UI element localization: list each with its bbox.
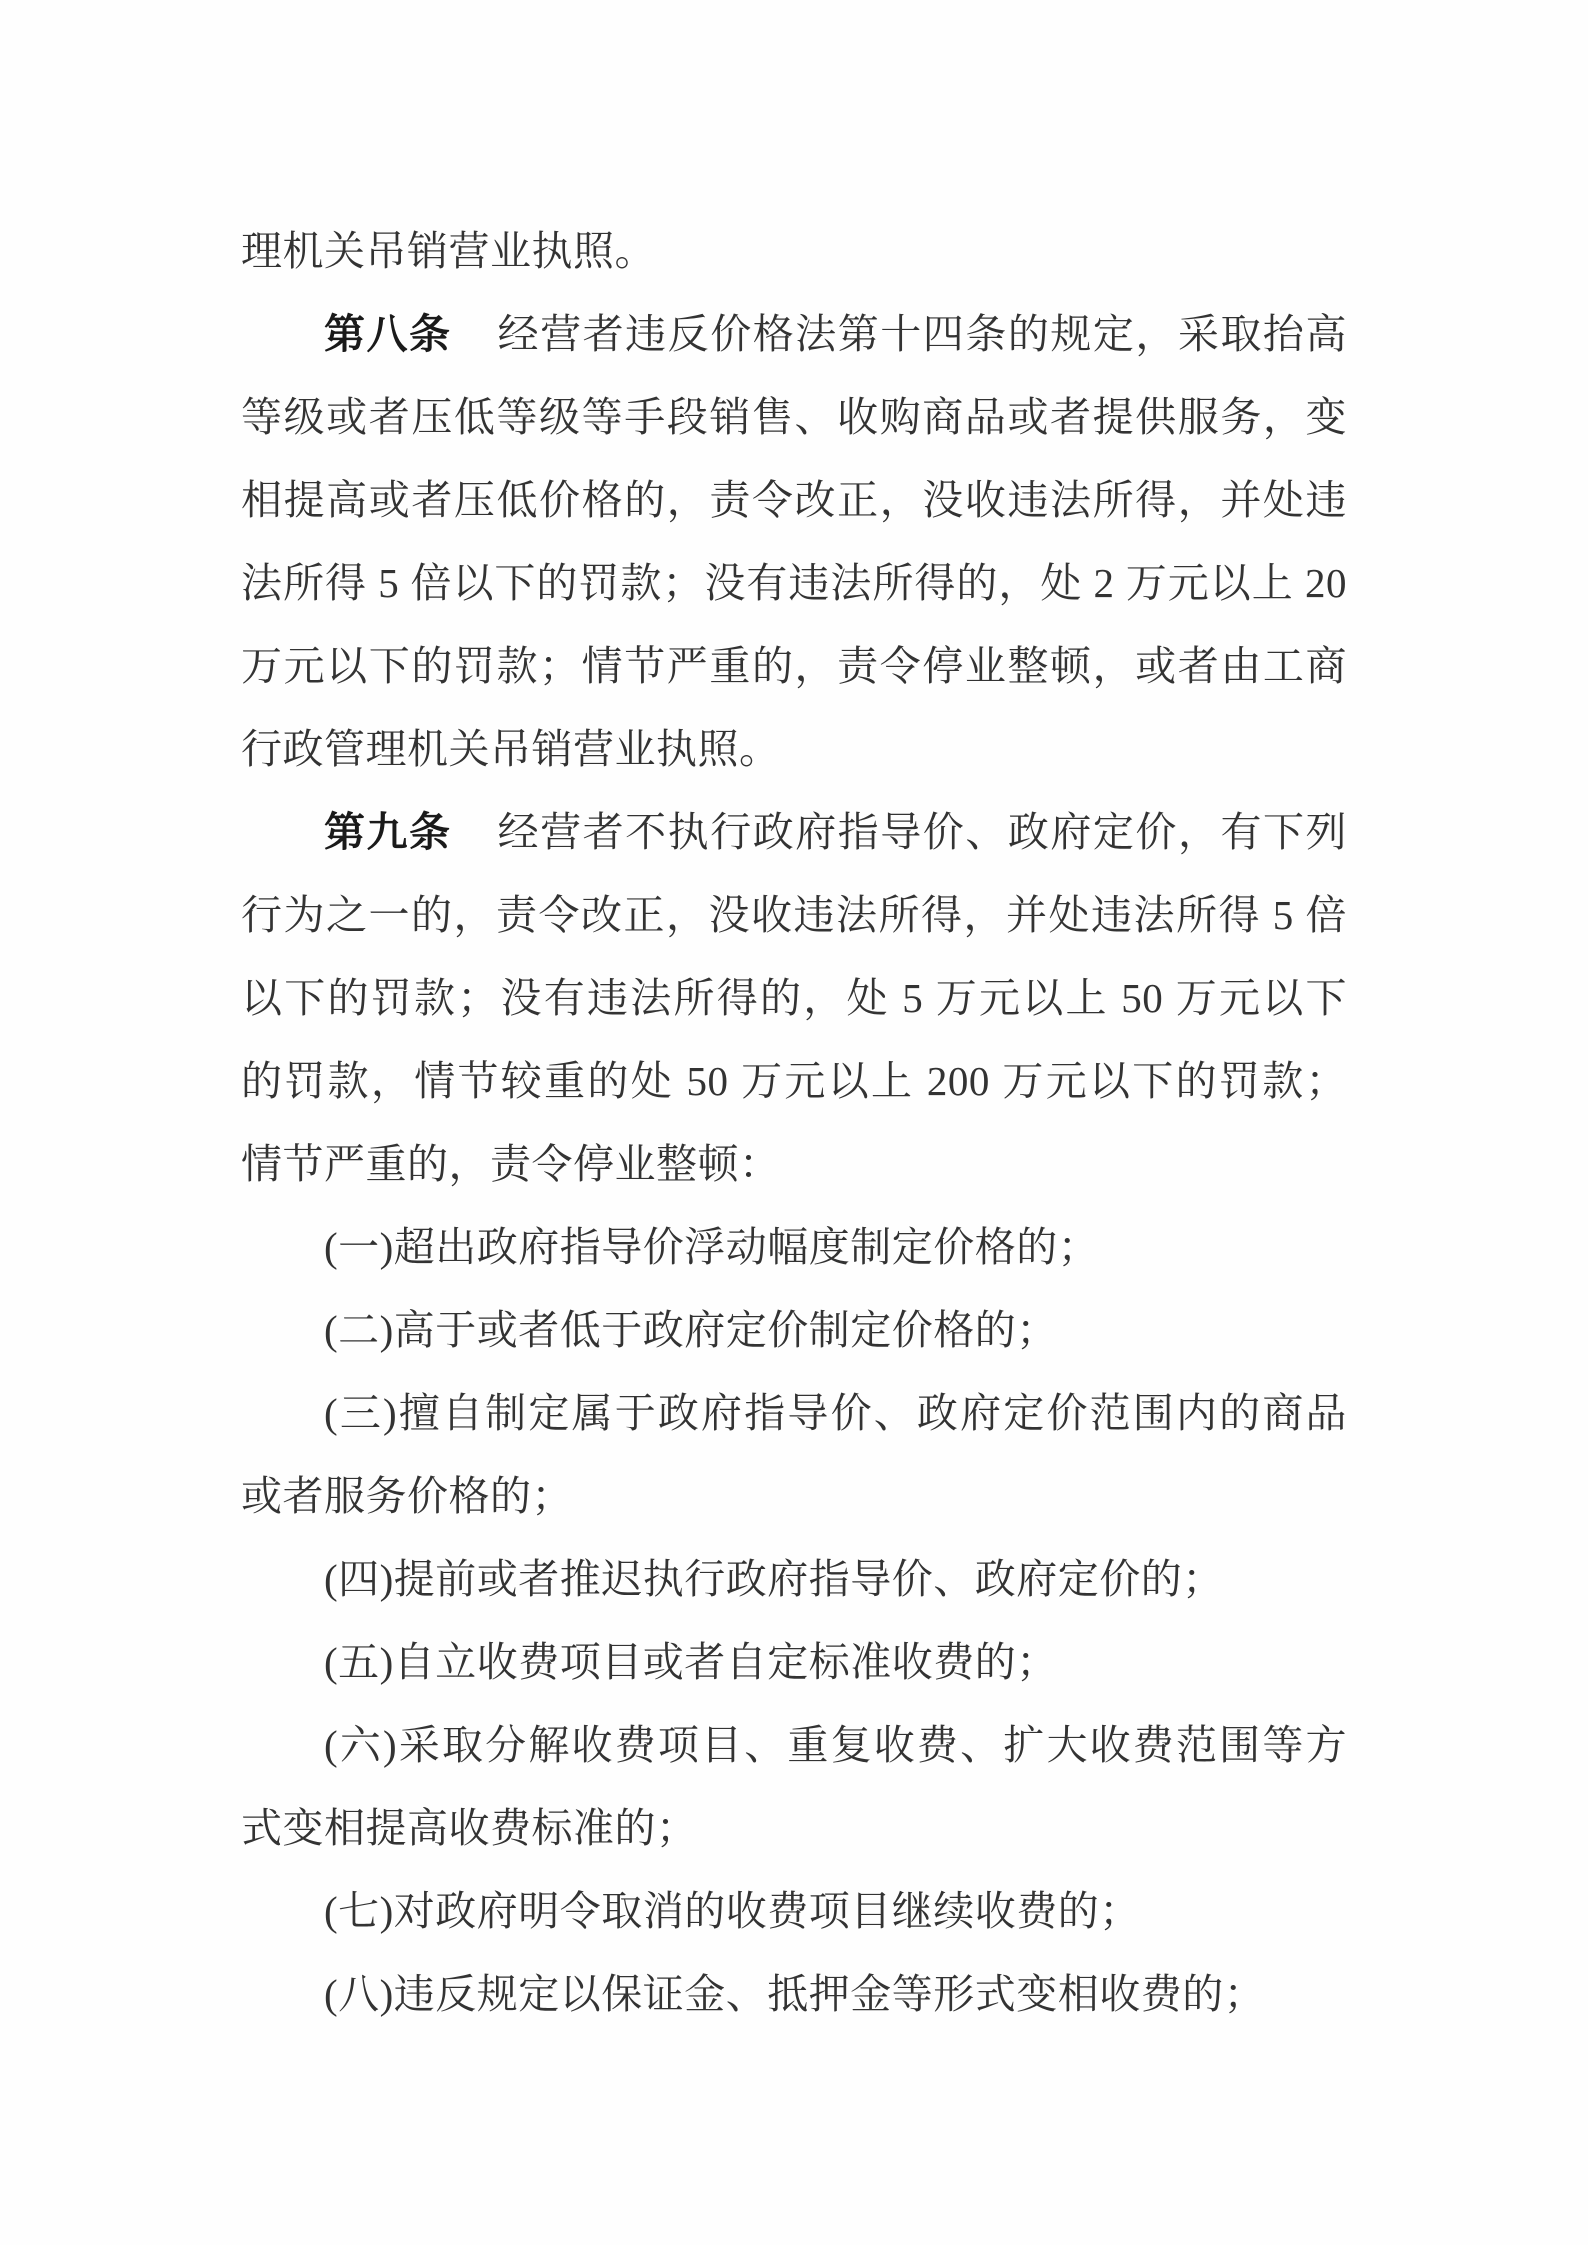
article-number: 第九条	[324, 809, 452, 855]
text-line: (六)采取分解收费项目、重复收费、扩大收费范围等方	[241, 1704, 1347, 1787]
text-line: 第九条经营者不执行政府指导价、政府定价，有下列	[241, 791, 1347, 874]
text-line: (七)对政府明令取消的收费项目继续收费的；	[241, 1870, 1347, 1953]
document-page: 理机关吊销营业执照。 第八条经营者违反价格法第十四条的规定，采取抬高 等级或者压…	[0, 0, 1588, 2245]
text-line: 情节严重的，责令停业整顿：	[241, 1123, 1347, 1206]
text-line: 行为之一的，责令改正，没收违法所得，并处违法所得 5 倍	[241, 874, 1347, 957]
article-number: 第八条	[324, 311, 452, 357]
text-line: 理机关吊销营业执照。	[241, 210, 1347, 293]
text-line: (二)高于或者低于政府定价制定价格的；	[241, 1289, 1347, 1372]
text-line: 的罚款，情节较重的处 50 万元以上 200 万元以下的罚款；	[241, 1040, 1347, 1123]
text-line: (八)违反规定以保证金、抵押金等形式变相收费的；	[241, 1953, 1347, 2036]
text-line: 以下的罚款；没有违法所得的，处 5 万元以上 50 万元以下	[241, 957, 1347, 1040]
text-line: (一)超出政府指导价浮动幅度制定价格的；	[241, 1206, 1347, 1289]
text-line: 万元以下的罚款；情节严重的，责令停业整顿，或者由工商	[241, 625, 1347, 708]
text-line: (五)自立收费项目或者自定标准收费的；	[241, 1621, 1347, 1704]
text-line: 或者服务价格的；	[241, 1455, 1347, 1538]
text-line: (三)擅自制定属于政府指导价、政府定价范围内的商品	[241, 1372, 1347, 1455]
text-line: 行政管理机关吊销营业执照。	[241, 708, 1347, 791]
text-line: (四)提前或者推迟执行政府指导价、政府定价的；	[241, 1538, 1347, 1621]
document-text-block: 理机关吊销营业执照。 第八条经营者违反价格法第十四条的规定，采取抬高 等级或者压…	[241, 210, 1347, 2036]
text-line: 式变相提高收费标准的；	[241, 1787, 1347, 1870]
text-line: 相提高或者压低价格的，责令改正，没收违法所得，并处违	[241, 459, 1347, 542]
text-line: 法所得 5 倍以下的罚款；没有违法所得的，处 2 万元以上 20	[241, 542, 1347, 625]
text-line: 第八条经营者违反价格法第十四条的规定，采取抬高	[241, 293, 1347, 376]
text-line: 等级或者压低等级等手段销售、收购商品或者提供服务，变	[241, 376, 1347, 459]
